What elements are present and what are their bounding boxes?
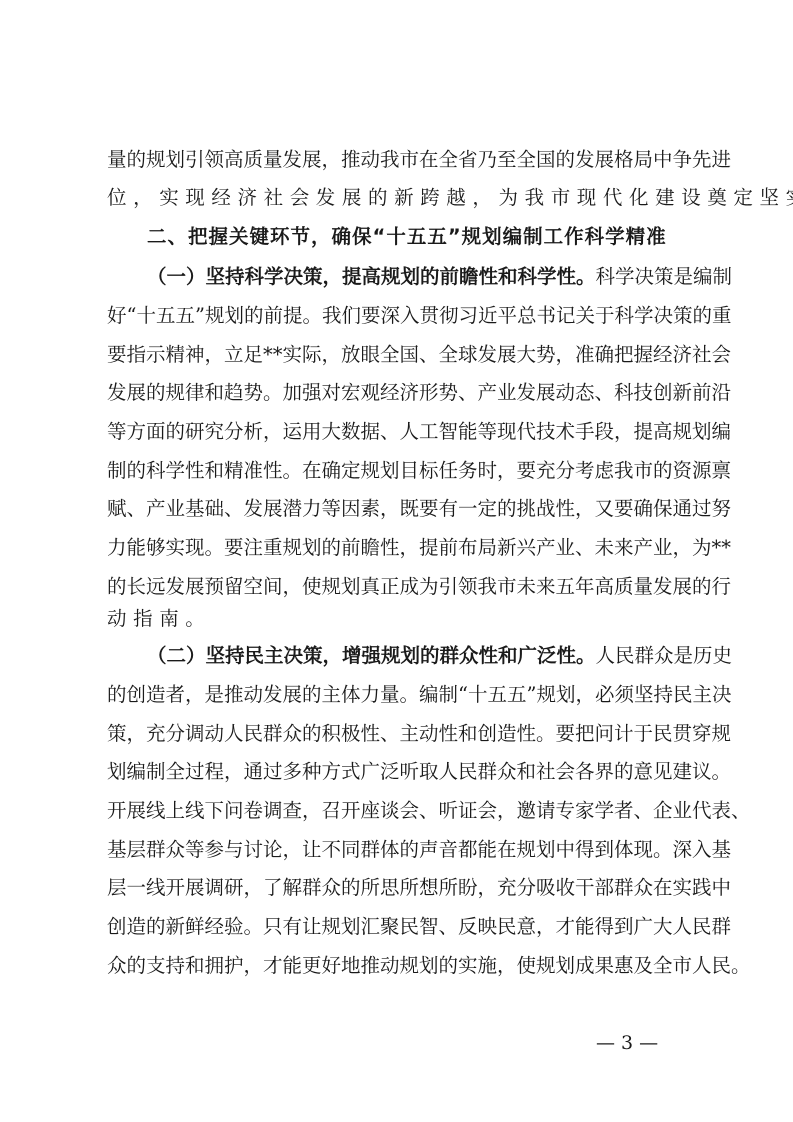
subsection-2-line: 众的支持和拥护，才能更好地推动规划的实施，使规划成果惠及全市人民。: [107, 951, 691, 981]
subsection-2-line: 基层群众等参与讨论，让不同群体的声音都能在规划中得到体现。深入基: [107, 835, 691, 865]
subsection-1-line: 力能够实现。要注重规划的前瞻性，提前布局新兴产业、未来产业，为**: [107, 533, 691, 563]
subsection-2-line: 层一线开展调研，了解群众的所思所想所盼，充分吸收干部群众在实践中: [107, 873, 691, 903]
subsection-1-line: 制的科学性和精准性。在确定规划目标任务时，要充分考虑我市的资源禀: [107, 456, 691, 486]
subsection-1-line: 好“十五五”规划的前提。我们要深入贯彻习近平总书记关于科学决策的重: [107, 301, 691, 331]
intro-paragraph-line: 位，实现经济社会发展的新跨越，为我市现代化建设奠定坚实基础。: [107, 183, 691, 213]
page-number: — 3 —: [596, 1030, 658, 1056]
intro-paragraph-line: 量的规划引领高质量发展，推动我市在全省乃至全国的发展格局中争先进: [107, 145, 691, 175]
subsection-2-lead: （二）坚持民主决策，增强规划的群众性和广泛性。: [147, 644, 596, 667]
subsection-1-first-line: （一）坚持科学决策，提高规划的前瞻性和科学性。科学决策是编制: [147, 262, 691, 292]
document-page: 量的规划引领高质量发展，推动我市在全省乃至全国的发展格局中争先进 位，实现经济社…: [0, 0, 793, 1122]
subsection-2-first-line: （二）坚持民主决策，增强规划的群众性和广泛性。人民群众是历史: [147, 641, 691, 671]
section-heading: 二、把握关键环节，确保“十五五”规划编制工作科学精准: [147, 222, 657, 252]
subsection-1-line: 的长远发展预留空间，使规划真正成为引领我市未来五年高质量发展的行: [107, 572, 691, 602]
subsection-1-lead: （一）坚持科学决策，提高规划的前瞻性和科学性。: [147, 265, 596, 288]
subsection-2-line: 划编制全过程，通过多种方式广泛听取人民群众和社会各界的意见建议。: [107, 757, 691, 787]
subsection-2-first-line-rest: 人民群众是历史: [596, 644, 733, 667]
subsection-1-first-line-rest: 科学决策是编制: [596, 265, 733, 288]
subsection-1-line: 赋、产业基础、发展潜力等因素，既要有一定的挑战性，又要确保通过努: [107, 494, 691, 524]
subsection-2-line: 开展线上线下问卷调查，召开座谈会、听证会，邀请专家学者、企业代表、: [107, 796, 691, 826]
subsection-1-line: 要指示精神，立足**实际，放眼全国、全球发展大势，准确把握经济社会: [107, 340, 691, 370]
subsection-1-line: 等方面的研究分析，运用大数据、人工智能等现代技术手段，提高规划编: [107, 417, 691, 447]
subsection-2-line: 创造的新鲜经验。只有让规划汇聚民智、反映民意，才能得到广大人民群: [107, 912, 691, 942]
subsection-1-line: 发展的规律和趋势。加强对宏观经济形势、产业发展动态、科技创新前沿: [107, 378, 691, 408]
subsection-2-line: 的创造者，是推动发展的主体力量。编制“十五五”规划，必须坚持民主决: [107, 680, 691, 710]
subsection-1-line: 动指南。: [107, 604, 691, 634]
subsection-2-line: 策，充分调动人民群众的积极性、主动性和创造性。要把问计于民贯穿规: [107, 719, 691, 749]
